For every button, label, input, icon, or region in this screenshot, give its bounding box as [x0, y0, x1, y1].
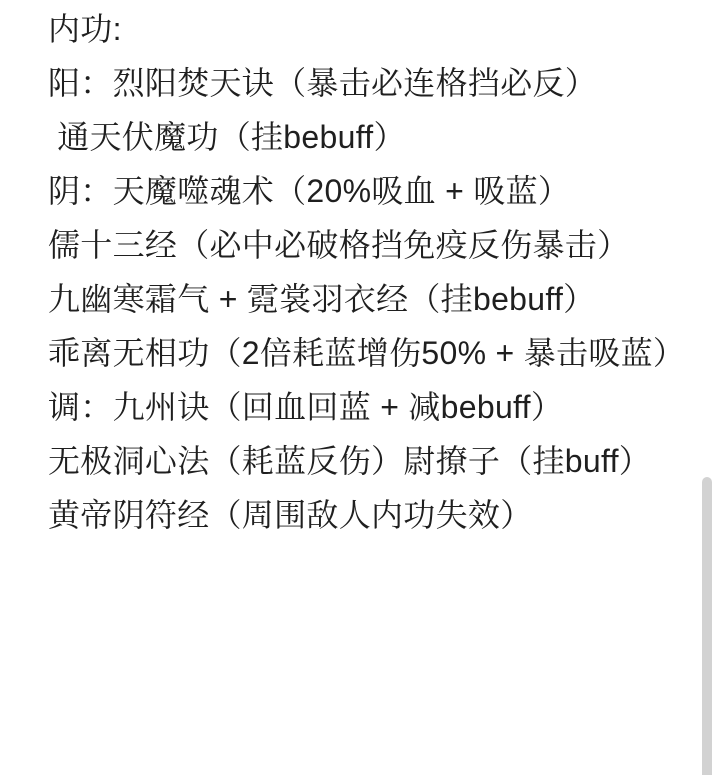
text-line-rushisan: 儒十三经（必中必破格挡免疫反伤暴击） — [48, 218, 687, 272]
text-line-tiao: 调：九州诀（回血回蓝 + 减bebuff） — [48, 380, 687, 434]
text-line-huangdi: 黄帝阴符经（周围敌人内功失效） — [48, 488, 687, 542]
note-body: 内功: 阳：烈阳焚天诀（暴击必连格挡必反） 通天伏魔功（挂bebuff） 阴：天… — [0, 2, 687, 542]
text-line-wuji: 无极洞心法（耗蓝反伤）尉撩子（挂buff） — [48, 434, 687, 488]
text-line-jiuyou: 九幽寒霜气 + 霓裳羽衣经（挂bebuff） — [48, 272, 687, 326]
text-line-tongtian: 通天伏魔功（挂bebuff） — [48, 110, 687, 164]
text-line-guaili: 乖离无相功（2倍耗蓝增伤50% + 暴击吸蓝） — [48, 326, 687, 380]
scrollbar-thumb[interactable] — [702, 477, 712, 775]
note-page: { "theme": { "background": "#ffffff", "t… — [0, 0, 715, 775]
text-line-title: 内功: — [48, 2, 687, 56]
text-line-yang: 阳：烈阳焚天诀（暴击必连格挡必反） — [48, 56, 687, 110]
text-line-yin: 阴：天魔噬魂术（20%吸血 + 吸蓝） — [48, 164, 687, 218]
